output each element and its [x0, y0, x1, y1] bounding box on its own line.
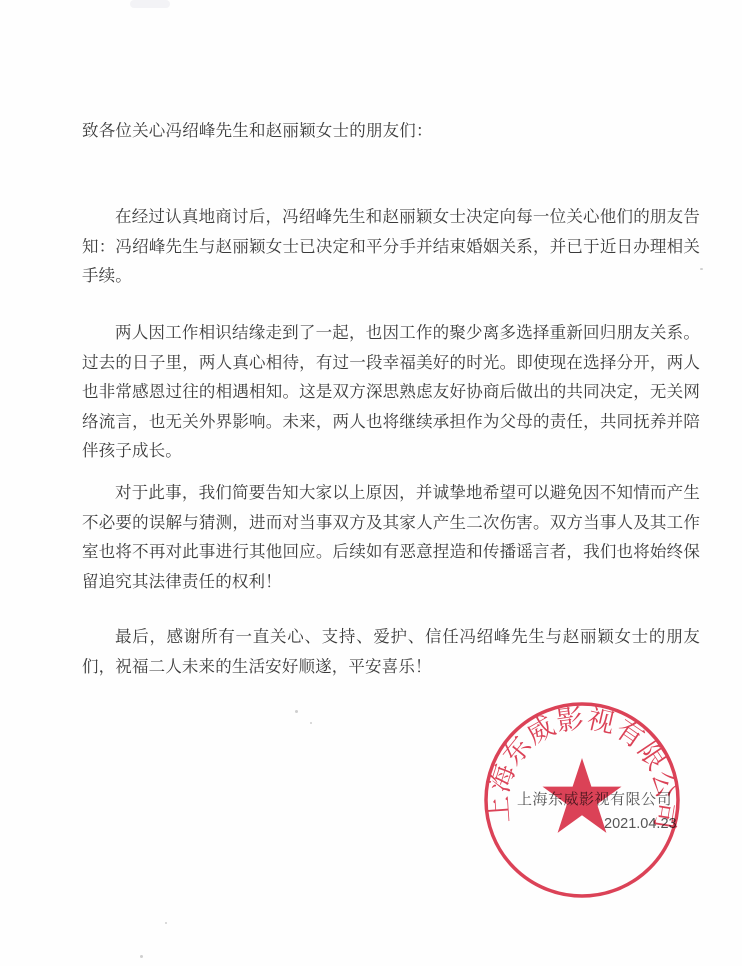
paragraph-4: 最后，感谢所有一直关心、支持、爱护、信任冯绍峰先生与赵丽颖女士的朋友们，祝福二人…: [82, 622, 700, 681]
paragraph-2: 两人因工作相识结缘走到了一起，也因工作的聚少离多选择重新回归朋友关系。过去的日子…: [82, 318, 700, 466]
letter-page: 致各位关心冯绍峰先生和赵丽颖女士的朋友们： 在经过认真地商讨后，冯绍峰先生和赵丽…: [0, 0, 742, 966]
salutation: 致各位关心冯绍峰先生和赵丽颖女士的朋友们：: [82, 116, 433, 145]
scan-speck: [295, 710, 298, 713]
paragraph-1: 在经过认真地商讨后，冯绍峰先生和赵丽颖女士决定向每一位关心他们的朋友告知：冯绍峰…: [82, 202, 700, 291]
star-icon: [543, 758, 622, 833]
company-seal-stamp: 上海东威影视有限公司: [482, 700, 682, 900]
scan-speck: [700, 268, 703, 270]
scan-speck: [165, 922, 167, 924]
scan-speck: [310, 722, 312, 724]
scan-speck: [130, 0, 170, 8]
paragraph-3: 对于此事，我们简要告知大家以上原因，并诚挚地希望可以避免因不知情而产生不必要的误…: [82, 478, 700, 596]
scan-speck: [140, 955, 143, 958]
